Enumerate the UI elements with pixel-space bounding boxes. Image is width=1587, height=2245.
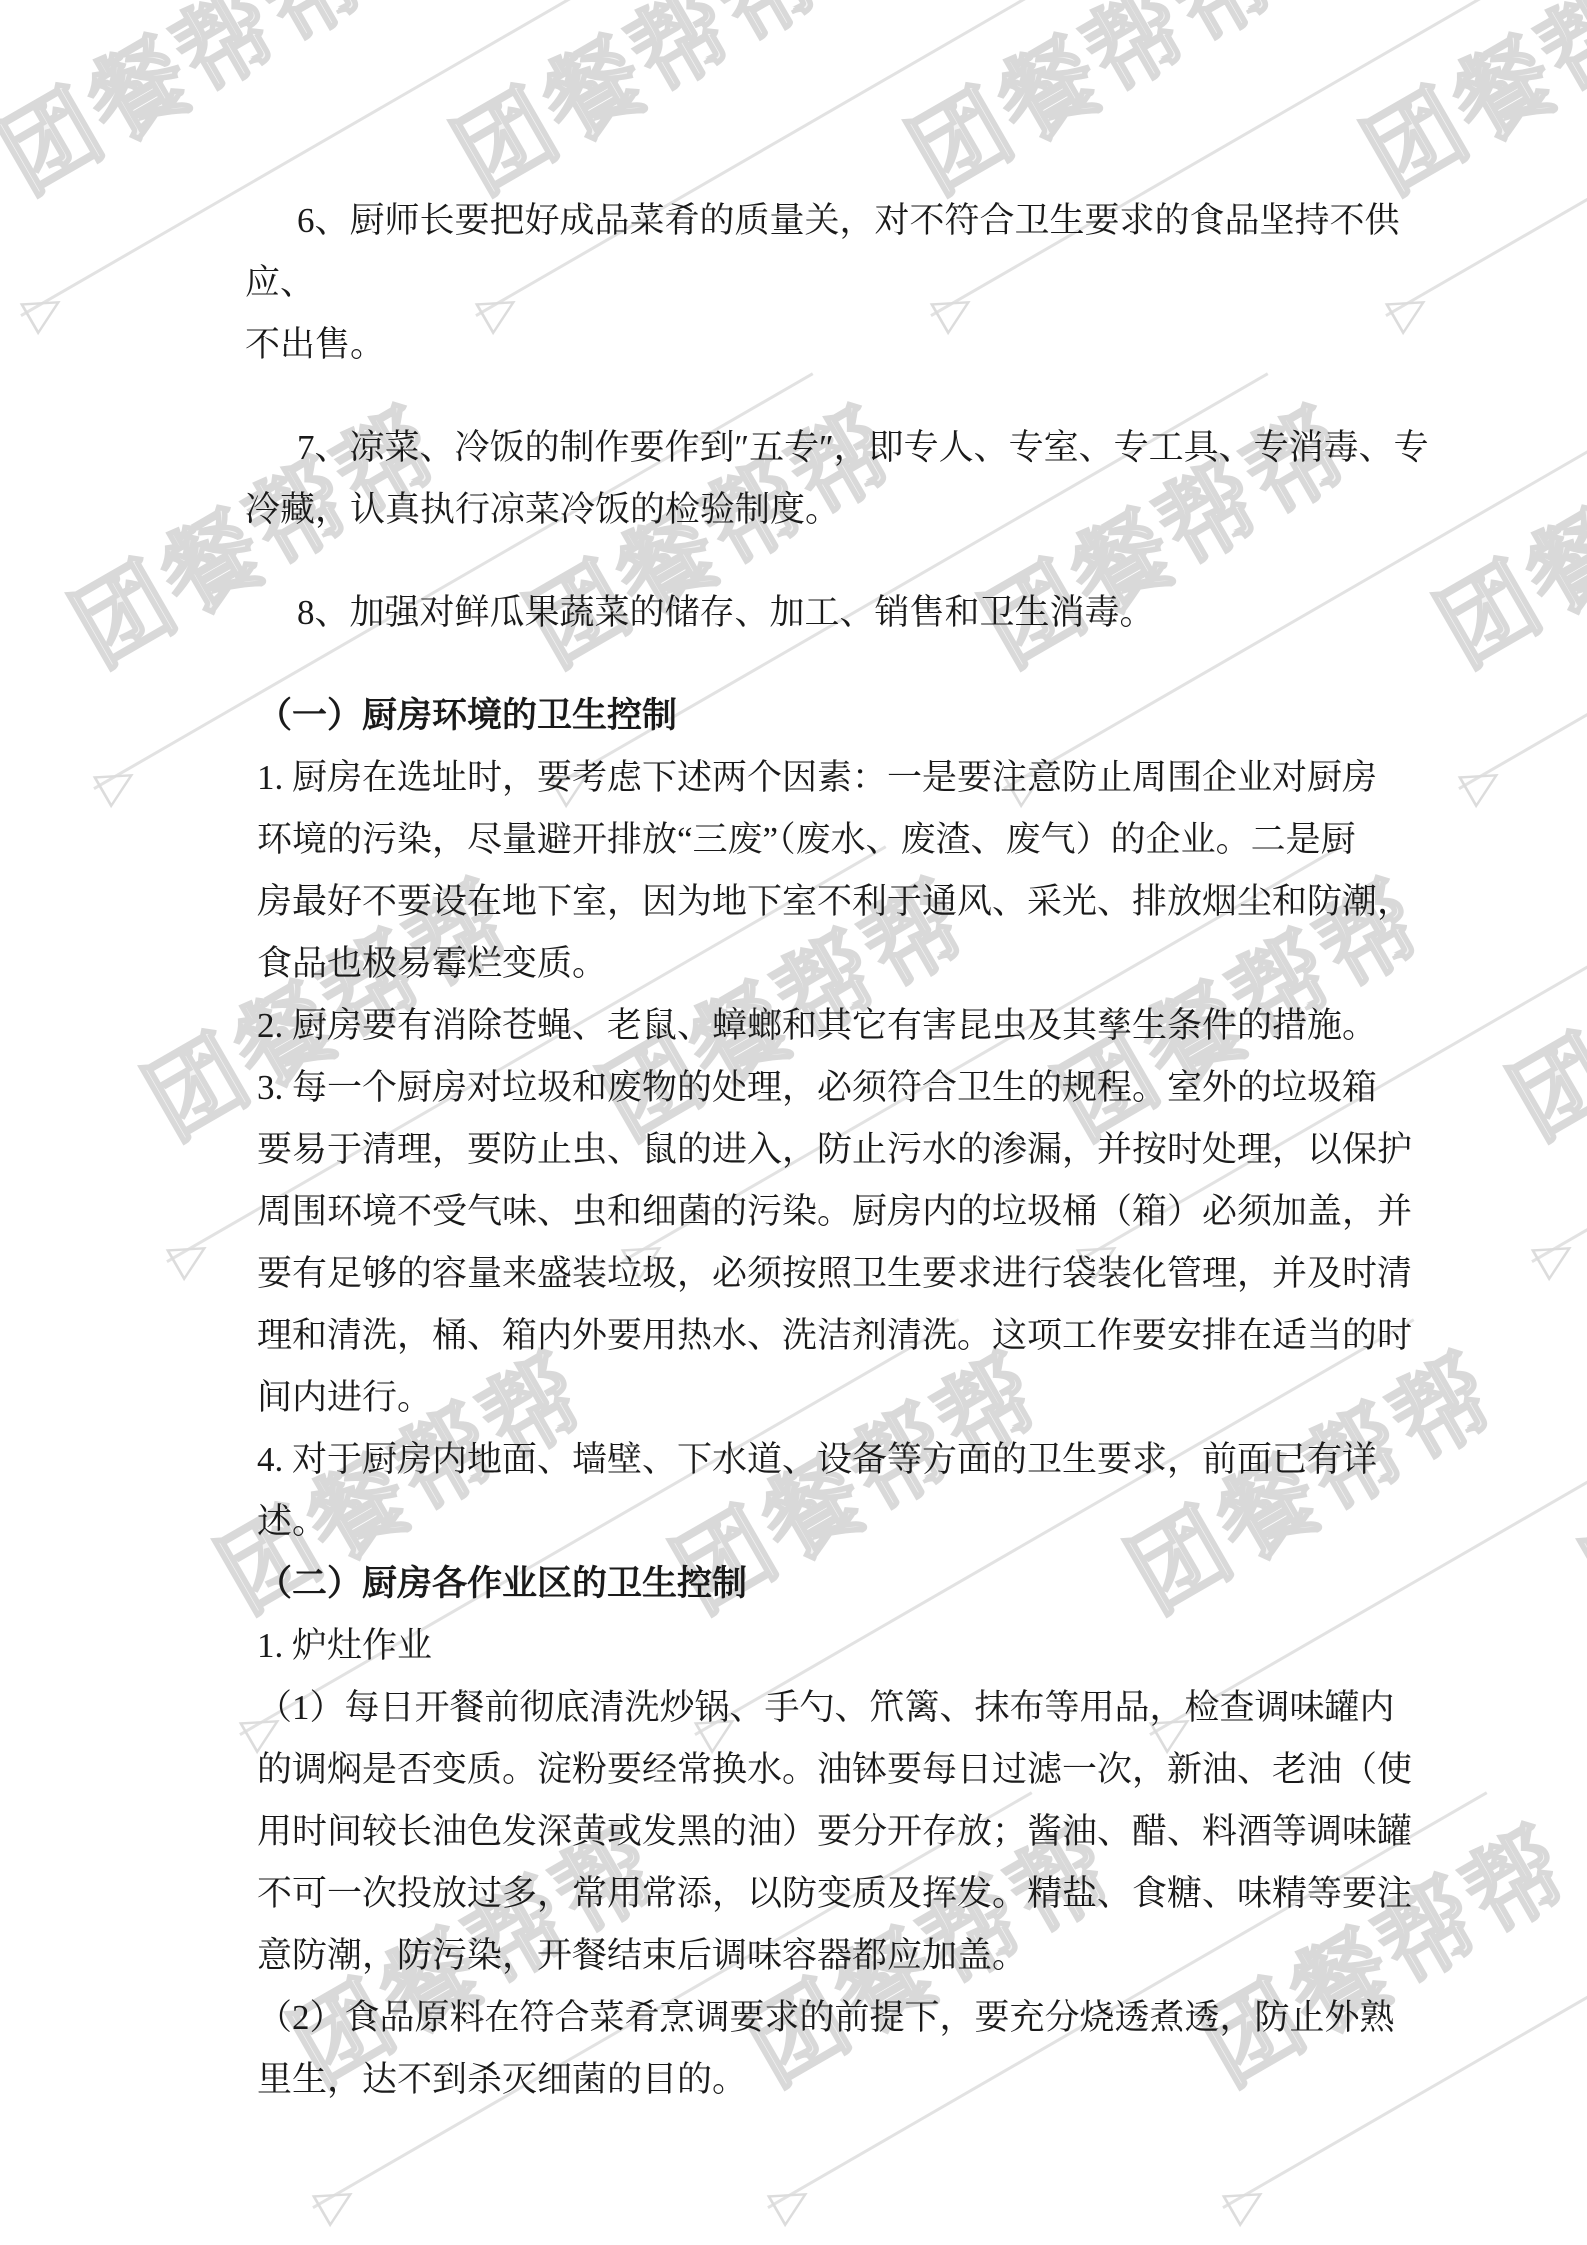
watermark-text: 团餐帮帮 xyxy=(1567,1337,1587,1632)
watermark: ▷团餐帮帮 xyxy=(440,0,840,210)
section-2-heading: （二）厨房各作业区的卫生控制 xyxy=(257,1553,1460,1615)
watermark: ▷团餐帮帮 xyxy=(0,0,385,210)
watermark-text: 团餐帮帮 xyxy=(1494,864,1587,1159)
watermark-triangle-icon: ▷ xyxy=(1526,1223,1582,1283)
watermark-underline xyxy=(1531,845,1587,1263)
watermark-underline xyxy=(1458,372,1587,790)
watermark-text: 团餐帮帮 xyxy=(893,0,1296,213)
section-2-subheading: 1. 炉灶作业 xyxy=(257,1615,1460,1677)
watermark-triangle-icon: ▷ xyxy=(1453,750,1509,810)
watermark: ▷团餐帮帮 xyxy=(1496,867,1587,1156)
section-1-item-1: 1. 厨房在选址时，要考虑下述两个因素：一是要注意防止周围企业对厨房 环境的污染… xyxy=(257,747,1460,995)
watermark-text: 团餐帮帮 xyxy=(438,0,841,213)
paragraph-8: 8、加强对鲜瓜果蔬菜的储存、加工、销售和卫生消毒。 xyxy=(245,582,1460,644)
watermark-triangle-icon: ▷ xyxy=(15,277,71,337)
watermark: ▷团餐帮帮 xyxy=(895,0,1295,210)
watermark-triangle-icon: ▷ xyxy=(762,2169,818,2229)
section-1-heading: （一）厨房环境的卫生控制 xyxy=(257,685,1460,747)
section-1-item-4: 4. 对于厨房内地面、墙壁、下水道、设备等方面的卫生要求，前面已有详 述。 xyxy=(257,1429,1460,1553)
paragraph-7: 7、凉菜、冷饭的制作要作到″五专″，即专人、专室、专工具、专消毒、专 冷藏，认真… xyxy=(245,417,1460,541)
watermark-text: 团餐帮帮 xyxy=(1348,0,1587,213)
watermark-triangle-icon: ▷ xyxy=(307,2169,363,2229)
section-2-item-1: （1）每日开餐前彻底清洗炒锅、手勺、笊篱、抹布等用品，检查调味罐内 的调焖是否变… xyxy=(257,1677,1460,1987)
section-1-item-3: 3. 每一个厨房对垃圾和废物的处理，必须符合卫生的规程。室外的垃圾箱 要易于清理… xyxy=(257,1057,1460,1429)
watermark-triangle-icon: ▷ xyxy=(88,750,144,810)
watermark: ▷团餐帮帮 xyxy=(1569,1340,1587,1629)
watermark: ▷团餐帮帮 xyxy=(1350,0,1587,210)
section-2-item-2: （2）食品原料在符合菜肴烹调要求的前提下，要充分烧透煮透，防止外熟 里生，达不到… xyxy=(257,1987,1460,2111)
watermark-text: 团餐帮帮 xyxy=(0,0,386,213)
document-content: 6、厨师长要把好成品菜肴的质量关，对不符合卫生要求的食品坚持不供应、 不出售。 … xyxy=(245,190,1460,2111)
document-page: ▷团餐帮帮▷团餐帮帮▷团餐帮帮▷团餐帮帮▷团餐帮帮▷团餐帮帮▷团餐帮帮▷团餐帮帮… xyxy=(0,0,1587,2245)
watermark-triangle-icon: ▷ xyxy=(161,1223,217,1283)
section-1-item-2: 2. 厨房要有消除苍蝇、老鼠、蟑螂和其它有害昆虫及其孳生条件的措施。 xyxy=(257,995,1460,1057)
watermark-triangle-icon: ▷ xyxy=(1217,2169,1273,2229)
paragraph-6: 6、厨师长要把好成品菜肴的质量关，对不符合卫生要求的食品坚持不供应、 不出售。 xyxy=(245,190,1460,376)
sections-block: （一）厨房环境的卫生控制 1. 厨房在选址时，要考虑下述两个因素：一是要注意防止… xyxy=(257,685,1460,2111)
